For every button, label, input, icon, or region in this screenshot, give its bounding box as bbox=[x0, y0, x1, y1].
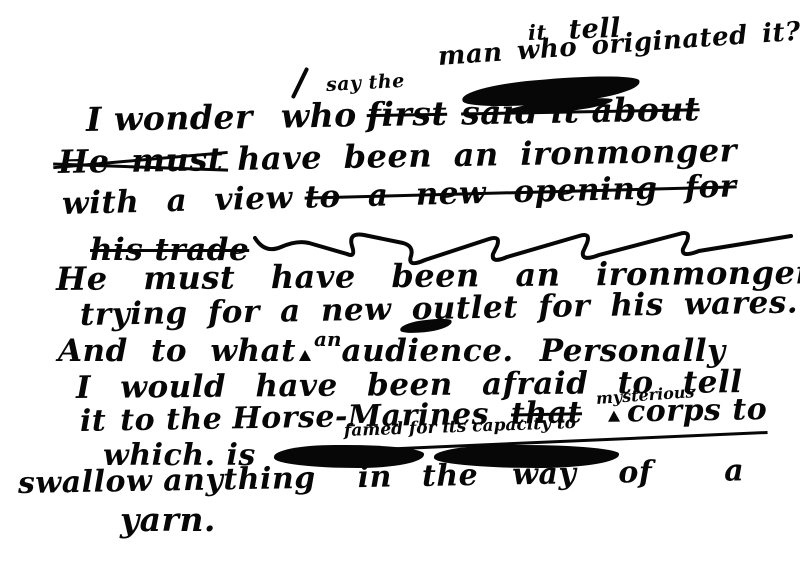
word-group: to the bbox=[120, 402, 223, 439]
word-group: who bbox=[280, 95, 357, 135]
struck-text: first bbox=[366, 94, 447, 134]
caret-insertion-mark bbox=[608, 411, 620, 422]
word-group: I wonder bbox=[86, 97, 253, 139]
word-group: swallow anything bbox=[18, 461, 316, 501]
word-group: the bbox=[422, 458, 479, 494]
word-group: And to what bbox=[58, 333, 296, 369]
line-i-wonder: I wonderwhofirstsaid it about bbox=[86, 89, 700, 139]
word-group: it bbox=[80, 404, 107, 439]
word-group: audience. bbox=[341, 333, 513, 369]
scratched-text: He must bbox=[58, 140, 224, 181]
line-yarn: yarn. bbox=[120, 500, 216, 539]
manuscript-page: ittell man who originated it? say the I … bbox=[0, 0, 800, 580]
word-group: of bbox=[618, 455, 653, 491]
insertion-word-an: an bbox=[314, 327, 342, 351]
word-group: way bbox=[512, 456, 577, 492]
word-group: a bbox=[724, 453, 745, 488]
stray-pen-stroke bbox=[291, 67, 309, 99]
line-audience: And to whatanaudience.Personally bbox=[58, 333, 726, 369]
struck-text: said it about bbox=[461, 89, 700, 132]
caret-insertion-mark bbox=[299, 350, 311, 361]
insertion-say-the: say the bbox=[325, 70, 405, 96]
word-group: in bbox=[357, 459, 392, 495]
word-group: with a view bbox=[62, 180, 294, 222]
